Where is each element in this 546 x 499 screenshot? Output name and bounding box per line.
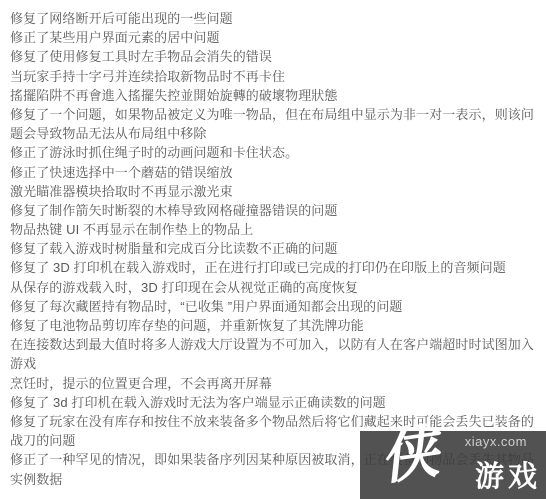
- watermark-site-url: xiayx.com: [465, 434, 527, 449]
- changelog-line: 修复了载入游戏时树脂量和完成百分比读数不正确的问题: [10, 239, 544, 258]
- changelog-line: 题会导致物品无法从布局组中移除: [10, 124, 544, 143]
- changelog-line: 修正了游泳时抓住绳子时的动画问题和卡住状态。: [10, 143, 544, 162]
- changelog-line: 修复了 3D 打印机在载入游戏时，正在进行打印或已完成的打印仍在印版上的音频问题: [10, 258, 544, 277]
- changelog-text: 修复了网络断开后可能出现的一些问题修正了某些用户界面元素的居中问题修复了使用修复…: [10, 9, 544, 489]
- changelog-line: 修正了快速选择中一个蘑菇的错误缩放: [10, 163, 544, 182]
- watermark: xiayx.com 侠 游戏: [360, 431, 546, 499]
- changelog-line: 搖擺陷阱不再會進入搖擺失控並開始旋轉的破壞物理狀態: [10, 86, 544, 105]
- changelog-line: 从保存的游戏载入时，3D 打印现在会从视觉正确的高度恢复: [10, 278, 544, 297]
- changelog-page: 修复了网络断开后可能出现的一些问题修正了某些用户界面元素的居中问题修复了使用修复…: [0, 0, 546, 499]
- changelog-line: 修复了制作箭矢时断裂的木棒导致网格碰撞器错误的问题: [10, 201, 544, 220]
- changelog-line: 物品热键 UI 不再显示在制作垫上的物品上: [10, 220, 544, 239]
- changelog-line: 修复了网络断开后可能出现的一些问题: [10, 9, 544, 28]
- changelog-line: 在连接数达到最大值时将多人游戏大厅设置为不可加入，以防有人在客户端超时时试图加入: [10, 335, 544, 354]
- changelog-line: 修复了玩家在没有库存和按住不放来装备多个物品然后将它们藏起来时可能会丢失已装备的: [10, 412, 544, 431]
- changelog-line: 修复了使用修复工具时左手物品会消失的错误: [10, 47, 544, 66]
- changelog-line: 修复了每次藏匿持有物品时，“已收集 ”用户界面通知都会出现的问题: [10, 297, 544, 316]
- watermark-brand-text: 游戏: [475, 454, 541, 495]
- changelog-line: 当玩家手持十字弓并连续拾取新物品时不再卡住: [10, 67, 544, 86]
- changelog-line: 修复了一个问题，如果物品被定义为唯一物品，但在布局组中显示为非一对一表示，则该问: [10, 105, 544, 124]
- changelog-line: 烹饪时，提示的位置更合理，不会再离开屏幕: [10, 374, 544, 393]
- changelog-line: 修正了某些用户界面元素的居中问题: [10, 28, 544, 47]
- changelog-line: 修复了 3d 打印机在载入游戏时无法为客户端显示正确读数的问题: [10, 393, 544, 412]
- changelog-line: 修复了电池物品剪切库存垫的问题，并重新恢复了其洗牌功能: [10, 316, 544, 335]
- changelog-line: 游戏: [10, 354, 544, 373]
- watermark-xia-calligraphy-glyph: 侠: [376, 421, 442, 490]
- changelog-line: 激光瞄准器模块拾取时不再显示激光束: [10, 182, 544, 201]
